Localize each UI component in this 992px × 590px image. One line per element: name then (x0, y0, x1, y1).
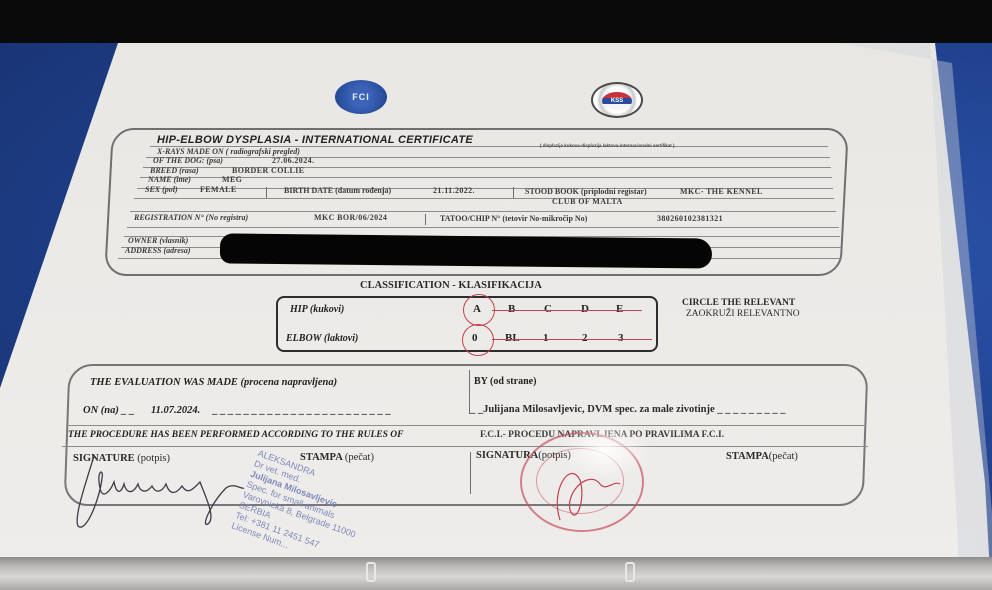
circle-note: CIRCLE THE RELEVANT (682, 298, 795, 308)
evaluation-on-label: ON (na) _ _ (83, 405, 135, 416)
chip-value: 380260102381321 (657, 214, 723, 223)
column-separator (513, 187, 514, 198)
procedure-statement: THE PROCEDURE HAS BEEN PERFORMED ACCORDI… (68, 430, 403, 440)
stampa-label: STAMPA (pečat) (300, 452, 374, 463)
hip-grade-e: E (616, 303, 623, 315)
divider (146, 157, 830, 158)
stud-book-value-line2: CLUB OF MALTA (552, 197, 623, 206)
evaluation-date: 11.07.2024. (151, 405, 200, 416)
hip-grade-d: D (581, 303, 589, 315)
hip-grade-b: B (508, 303, 515, 315)
sex-label: SEX (pol) (145, 185, 178, 194)
evaluation-made-label: THE EVALUATION WAS MADE (procena napravl… (90, 377, 337, 388)
binder-ring-icon (625, 562, 635, 582)
divider (62, 446, 868, 447)
circle-note-serbian: ZAOKRUŽI RELEVANTNO (686, 309, 800, 319)
chip-label: TATOO/CHIP N° (tetovir No-mikročip No) (440, 214, 587, 223)
hip-strikethrough (492, 310, 642, 311)
birth-date-label: BIRTH DATE (datum rođenja) (284, 186, 391, 195)
birth-date-value: 21.11.2022. (433, 186, 475, 195)
binder-spine (0, 557, 992, 590)
xray-date: 27.06.2024. (272, 156, 314, 165)
stud-book-value: MKC- THE KENNEL (680, 187, 763, 196)
plastic-glare (560, 420, 650, 480)
sex-value: FEMALE (200, 185, 237, 194)
hip-label: HIP (kukovi) (290, 304, 344, 315)
fci-logo-icon: FCI (335, 80, 387, 114)
certificate-title: HIP-ELBOW DYSPLASIA - INTERNATIONAL CERT… (157, 134, 473, 146)
of-the-dog-label: OF THE DOG: (psa) (153, 156, 223, 165)
evaluation-date-blank: _ _ _ _ _ _ _ _ _ _ _ _ _ _ _ _ _ _ _ _ … (212, 405, 391, 416)
kss-logo-icon: KSS (591, 82, 643, 118)
divider (140, 177, 832, 178)
registration-label: REGISTRATION N° (No registra) (134, 213, 248, 222)
breed-value: BORDER COLLIE (232, 166, 305, 175)
serbian-flag-emblem: KSS (602, 92, 632, 110)
elbow-strikethrough (492, 339, 652, 340)
xrays-label: X-RAYS MADE ON ( radiografski pregled) (157, 147, 300, 156)
divider (134, 198, 834, 199)
veterinarian-name: _ _Julijana Milosavljevic, DVM spec. za … (470, 404, 786, 415)
classification-title: CLASSIFICATION - KLASIFIKACIJA (360, 280, 542, 291)
elbow-grade-1: 1 (543, 332, 549, 344)
binder-ring-icon (366, 562, 376, 582)
certificate-subtitle: ( displazija kukova-displazija laktova-i… (540, 143, 675, 148)
column-separator (425, 214, 426, 225)
name-label: NAME (ime) (148, 175, 191, 184)
stampa-right-label: STAMPA(pečat) (726, 451, 798, 462)
name-value: MEG (222, 175, 242, 184)
hip-grade-c: C (544, 303, 552, 315)
divider (127, 227, 839, 228)
evaluation-by-label: BY (od strane) (474, 376, 536, 387)
divider (130, 211, 836, 212)
elbow-grade-3: 3 (618, 332, 624, 344)
elbow-grade-bl: BL (505, 332, 520, 344)
column-separator (266, 187, 267, 198)
hip-selected-circle (463, 294, 495, 326)
top-black-bar (0, 0, 992, 43)
registration-value: MKC BOR/06/2024 (314, 213, 387, 222)
elbow-label: ELBOW (laktovi) (286, 333, 358, 344)
stud-book-label: STOOD BOOK (priplodni registar) (525, 187, 647, 196)
fci-logo-text: FCI (352, 92, 370, 102)
owner-label: OWNER (vlasnik) (128, 236, 188, 245)
elbow-selected-circle (462, 324, 494, 356)
address-label: ADDRESS (adresa) (125, 246, 191, 255)
elbow-grade-2: 2 (582, 332, 588, 344)
breed-label: BREED (rasa) (150, 166, 199, 175)
divider (66, 425, 864, 426)
column-separator (470, 452, 471, 494)
redacted-owner-address (220, 233, 712, 268)
